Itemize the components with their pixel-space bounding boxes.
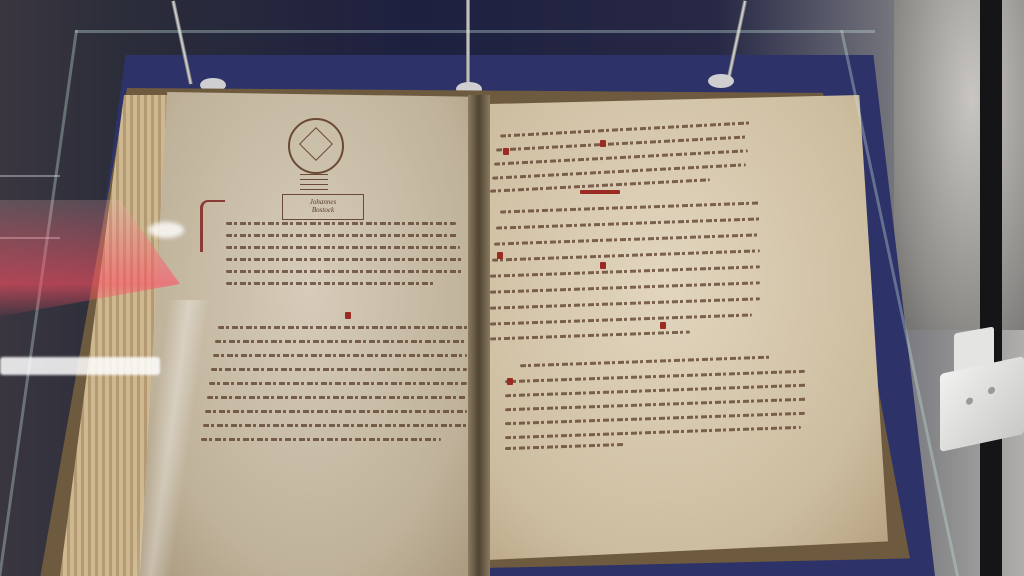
sensor-hole [966,397,973,405]
white-light-reflection [0,357,160,375]
light-spot-reflection [148,222,184,238]
photo-scene: Johannes Bostock [0,0,1024,576]
sensor-body [940,356,1024,452]
security-sensor [940,330,1024,450]
sensor-hole [988,386,995,394]
